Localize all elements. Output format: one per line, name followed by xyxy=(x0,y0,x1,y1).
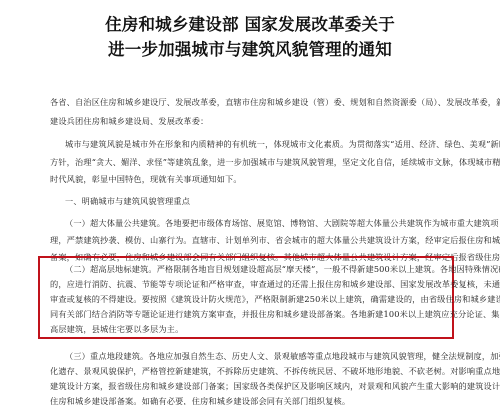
item3-line: 化遗存、景观风貌保护，严格管控新建建筑，不拆除历史建筑、不拆传统民居、不破坏地形… xyxy=(50,366,500,377)
intro-line: 时代风貌，彰显中国特色，现就有关事项通知如下。 xyxy=(50,174,242,185)
item1-line: 理，严禁建筑抄袭、模仿、山寨行为。直辖市、计划单列市、省会城市的超大体量公共建筑… xyxy=(50,235,500,246)
item2-line: 高层建筑，县城住宅要以多层为主。 xyxy=(50,324,183,335)
item3-line: 住房和城乡建设部备案。如确有必要，住房和城乡建设部会同有关部门组织复核。 xyxy=(50,396,350,405)
document-title-line2: 进一步加强城市与建筑风貌管理的通知 xyxy=(0,36,500,60)
addressee-line: 各省、自治区住房和城乡建设厅、发展改革委，直辖市住房和城乡建设（管）委、规划和自… xyxy=(50,97,500,108)
item2-line: 的，应进行消防、抗震、节能等专项论证和严格审查，审查通过的还需上报住房和城乡建设… xyxy=(50,279,500,290)
item3-line: 建筑设计方案，报省级住房和城乡建设部门备案；国家级各类保护区及影响区域内，对景观… xyxy=(50,381,500,392)
item3-line: （三）重点地段建筑。各地应加强自然生态、历史人文、景观敏感等重点地段城市与建筑风… xyxy=(65,351,500,362)
addressee-line: 建设兵团住房和城乡建设局、发展改革委： xyxy=(50,116,208,127)
item2-line: （二）超高层地标建筑。严格限制各地盲目规划建设超高层“摩天楼”，一般不得新建50… xyxy=(65,264,500,275)
item2-line: 审查或复核的不得建设。要按照《建筑设计防火规范》，严格限制新建250米以上建筑，… xyxy=(50,294,500,305)
item1-line: （一）超大体量公共建筑。各地要把市级体育场馆、展览馆、博物馆、大剧院等超大体量公… xyxy=(65,218,500,229)
item2-line: 同有关部门结合消防等专题论证进行建筑方案审查，并报住房和城乡建设部备案。各地新建… xyxy=(50,309,500,320)
intro-line: 城市与建筑风貌是城市外在形象和内质精神的有机统一，体现城市文化素质。为贯彻落实“… xyxy=(65,139,500,150)
section-heading: 一、明确城市与建筑风貌管理重点 xyxy=(65,196,190,207)
intro-line: 方针，治理“贪大、媚洋、求怪”等建筑乱象，进一步加强城市与建筑风貌管理，坚定文化… xyxy=(50,157,500,168)
document-title-line1: 住房和城乡建设部 国家发展改革委关于 xyxy=(0,11,500,35)
